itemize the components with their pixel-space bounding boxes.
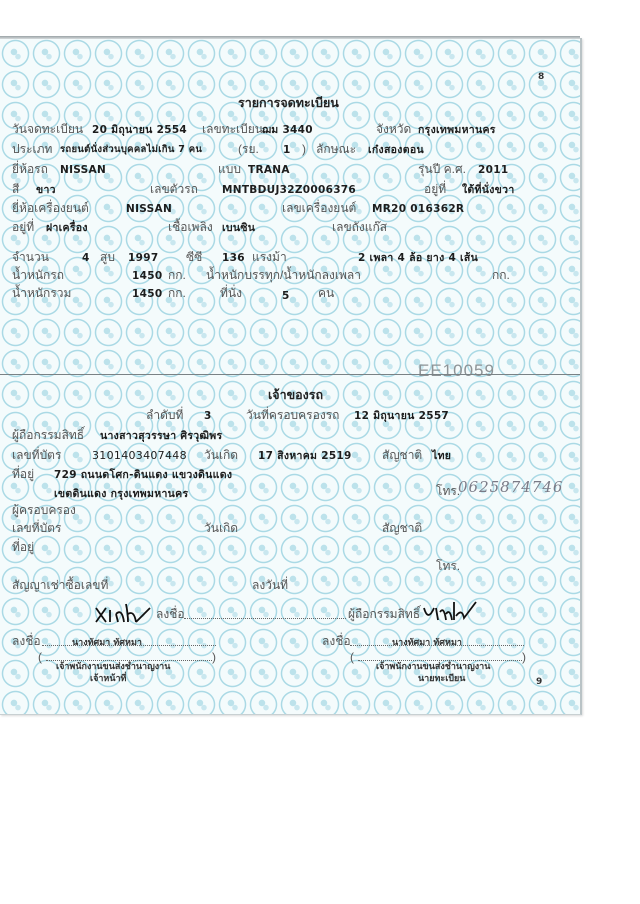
possessor-nationality-label: สัญชาติ	[382, 521, 422, 535]
reg-date-label: วันจดทะเบียน	[12, 122, 83, 136]
cc-label: ซีซี	[186, 250, 202, 264]
gross-weight: 1450	[132, 287, 162, 301]
id-label: เลขที่บัตร	[12, 448, 61, 462]
nationality-label: สัญชาติ	[382, 448, 422, 462]
engine-location-label: อยู่ที่	[12, 220, 34, 234]
plate-label: เลขทะเบียน	[202, 122, 263, 136]
horsepower: 136	[222, 251, 245, 265]
possessor-address-label: ที่อยู่	[12, 540, 34, 554]
official-right-name: นางทัศมา ทัศหมา	[392, 636, 462, 650]
vehicle-code: 1	[283, 143, 291, 157]
possessor-phone-label: โทร.	[436, 559, 460, 573]
reg-date: 20 มิถุนายน 2554	[92, 123, 187, 137]
phone-handwritten: 0625874746	[458, 480, 563, 494]
model-year: 2011	[478, 163, 508, 177]
gross-weight-unit: กก.	[168, 286, 186, 300]
engine-location: ฝาเครื่อง	[46, 221, 88, 235]
owner-order: 3	[204, 409, 212, 423]
horsepower-label: แรงม้า	[252, 250, 287, 264]
seats: 5	[282, 289, 290, 303]
owner-name: นางสาวสุวรรษา ศิรวุฒิพร	[100, 429, 222, 443]
chassis-location-label: อยู่ที่	[424, 182, 446, 196]
paren-close-right: )	[522, 650, 526, 664]
vehicle-weight: 1450	[132, 269, 162, 283]
gas-tank-label: เลขถังแก๊ส	[332, 220, 387, 234]
official-right-sign-label: ลงชื่อ	[322, 634, 351, 648]
owner-address-line2: เขตดินแดง กรุงเทพมหานคร	[54, 487, 188, 501]
owner-section-title: เจ้าของรถ	[268, 388, 323, 402]
official-left-name: นางทัศมา ทัศหมา	[72, 636, 142, 650]
paren-close-left: )	[212, 650, 216, 664]
load-unit: กก.	[492, 268, 510, 282]
owner-label: ผู้ถือกรรมสิทธิ์	[12, 428, 84, 442]
owner-signature	[418, 598, 478, 626]
brand-label: ยี่ห้อรถ	[12, 162, 48, 176]
possession-date: 12 มิถุนายน 2557	[354, 409, 449, 423]
seats-unit: คน	[318, 286, 334, 300]
engine-brand-label: ยี่ห้อเครื่องยนต์	[12, 201, 89, 215]
weight-unit: กก.	[168, 268, 186, 282]
phone-label: โทร.	[436, 484, 460, 498]
plate-number: ฌม 3440	[262, 123, 313, 137]
code-suffix: )	[302, 142, 306, 156]
owner-address-line1: 729 ถนนดโศก-ดินแดง แขวงดินแดง	[54, 468, 232, 482]
seats-label: ที่นั่ง	[220, 286, 242, 300]
possessor-dob-label: วันเกิด	[204, 521, 238, 535]
official-right-role: นายทะเบียน	[418, 672, 465, 686]
province-label: จังหวัด	[376, 122, 411, 136]
owner-nationality: ไทย	[432, 449, 451, 463]
weight-label: น้ำหนักรถ	[12, 268, 64, 282]
order-label: ลำดับที่	[146, 408, 183, 422]
chassis-label: เลขตัวรถ	[150, 182, 198, 196]
vehicle-style: เก๋งสองตอน	[368, 143, 424, 157]
axles-wheels: 2 เพลา 4 ล้อ ยาง 4 เส้น	[358, 251, 478, 265]
paren-open-right: (	[350, 650, 354, 664]
fuel: เบนซิน	[222, 221, 255, 235]
engine-brand: NISSAN	[126, 202, 172, 216]
load-label: น้ำหนักบรรทุก/น้ำหนักลงเพลา	[206, 268, 361, 282]
color: ขาว	[36, 183, 56, 197]
owner-sign-label: ลงชื่อ	[156, 607, 185, 621]
style-label: ลักษณะ	[316, 142, 356, 156]
paren-open-left: (	[38, 650, 42, 664]
engine-cc: 1997	[128, 251, 158, 265]
page-number-bottom: 9	[536, 675, 542, 689]
owner-sign-line	[184, 618, 346, 619]
official-left-sign-label: ลงชื่อ	[12, 634, 41, 648]
gross-weight-label: น้ำหนักรวม	[12, 286, 71, 300]
contract-label: สัญญาเช่าซื้อเลขที่	[12, 578, 108, 592]
vehicle-type: รถยนต์นั่งส่วนบุคคลไม่เกิน 7 คน	[60, 143, 202, 157]
address-label: ที่อยู่	[12, 467, 34, 481]
possessor-id-label: เลขที่บัตร	[12, 521, 61, 535]
contract-date-label: ลงวันที่	[252, 578, 288, 592]
code-prefix: (รย.	[238, 142, 259, 156]
engine-number: MR20 016362R	[372, 202, 464, 216]
possession-date-label: วันที่ครอบครองรถ	[246, 408, 339, 422]
registration-book-page: 8 รายการจดทะเบียน วันจดทะเบียน 20 มิถุนา…	[0, 38, 582, 715]
color-label: สี	[12, 182, 19, 196]
chassis-number: MNTBDUJ32Z0006376	[222, 183, 356, 197]
page-number-top: 8	[538, 70, 544, 84]
owner-dob: 17 สิงหาคม 2519	[258, 449, 352, 463]
province: กรุงเทพมหานคร	[418, 123, 496, 137]
engine-number-label: เลขเครื่องยนต์	[282, 201, 356, 215]
type-label: ประเภท	[12, 142, 52, 156]
year-label: รุ่นปี ค.ศ.	[418, 162, 466, 176]
owner-id-number: 3101403407448	[92, 449, 187, 463]
owner-sign-suffix: ผู้ถือกรรมสิทธิ์	[348, 607, 420, 621]
dob-label: วันเกิด	[204, 448, 238, 462]
model-label: แบบ	[218, 162, 241, 176]
registration-title: รายการจดทะเบียน	[238, 96, 339, 110]
model: TRANA	[248, 163, 290, 177]
possessor-label: ผู้ครอบครอง	[12, 503, 76, 517]
official-signature-left	[92, 600, 152, 628]
cylinders-unit: สูบ	[100, 250, 115, 264]
serial-number: EE10059	[418, 364, 495, 378]
chassis-location: ใต้ที่นั่งขวา	[462, 183, 515, 197]
cylinders-label: จำนวน	[12, 250, 49, 264]
fuel-label: เชื้อเพลิง	[168, 220, 213, 234]
brand: NISSAN	[60, 163, 106, 177]
official-left-role: เจ้าหน้าที่	[90, 672, 126, 686]
cylinders: 4	[82, 251, 90, 265]
